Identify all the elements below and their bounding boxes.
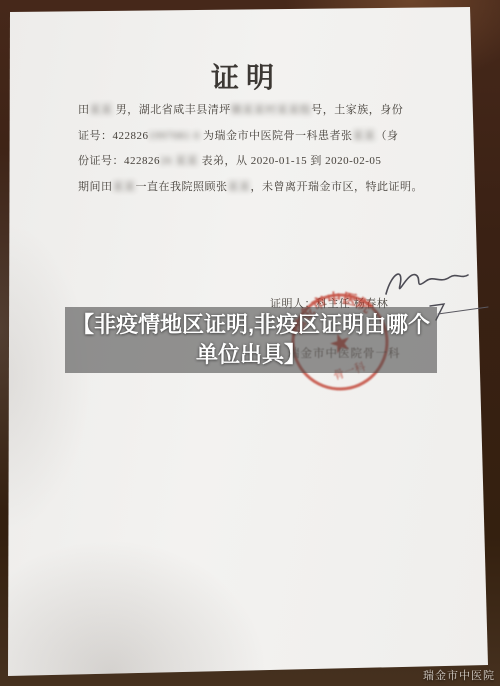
- body-text-segment: 为瑞金市中医院骨一科患者张: [200, 130, 353, 142]
- redacted-text-segment: 某某: [113, 181, 136, 193]
- redacted-text-segment: 某某: [353, 130, 376, 142]
- certificate-body-line: 期间田某某一直在我院照顾张某某，未曾离开瑞金市区，特此证明。: [78, 179, 414, 195]
- certificate-title: 证明: [211, 56, 281, 96]
- signature-underline: [438, 307, 488, 314]
- caption-line-2: 单位出具】: [196, 340, 306, 370]
- body-text-segment: 期间田: [78, 181, 113, 193]
- redacted-text-segment: 某某: [90, 104, 113, 116]
- signature-stroke: [386, 274, 468, 294]
- certificate-body-line: 证号：4228261997081 0 为瑞金市中医院骨一科患者张某某（身: [78, 128, 414, 144]
- body-text-segment: 证号：422826: [78, 130, 149, 142]
- photo-of-certificate: 证明 田某某 男，湖北省咸丰县清坪镇某某村某某组号，土家族，身份 证号：4228…: [0, 0, 500, 686]
- body-text-segment: 表弟，从 2020-01-15 到 2020-02-05: [198, 155, 381, 167]
- body-text-segment: 一直在我院照顾张: [136, 181, 228, 193]
- body-text-segment: 田: [78, 104, 90, 116]
- body-text-segment: （身: [376, 130, 399, 142]
- caption-overlay-bar: 【非疫情地区证明,非疫区证明由哪个 单位出具】: [65, 307, 437, 373]
- watermark-text: 瑞金市中医院: [423, 667, 495, 683]
- body-text-segment: ，未曾离开瑞金市区，特此证明。: [251, 181, 424, 193]
- redacted-text-segment: 1997081 0: [149, 130, 200, 142]
- redacted-text-segment: 某某: [228, 181, 251, 193]
- certificate-body-line: 田某某 男，湖北省咸丰县清坪镇某某村某某组号，土家族，身份: [78, 102, 414, 118]
- body-text-segment: 男，湖北省咸丰县清坪: [113, 104, 231, 116]
- body-text-segment: 份证号：422826: [78, 155, 160, 167]
- body-text-segment: 号，土家族，身份: [311, 104, 403, 116]
- caption-line-1: 【非疫情地区证明,非疫区证明由哪个: [72, 310, 430, 340]
- redacted-text-segment: 26 某某: [160, 155, 198, 167]
- redacted-text-segment: 镇某某村某某组: [231, 104, 312, 116]
- certificate-body-line: 份证号：42282626 某某 表弟，从 2020-01-15 到 2020-0…: [78, 153, 414, 169]
